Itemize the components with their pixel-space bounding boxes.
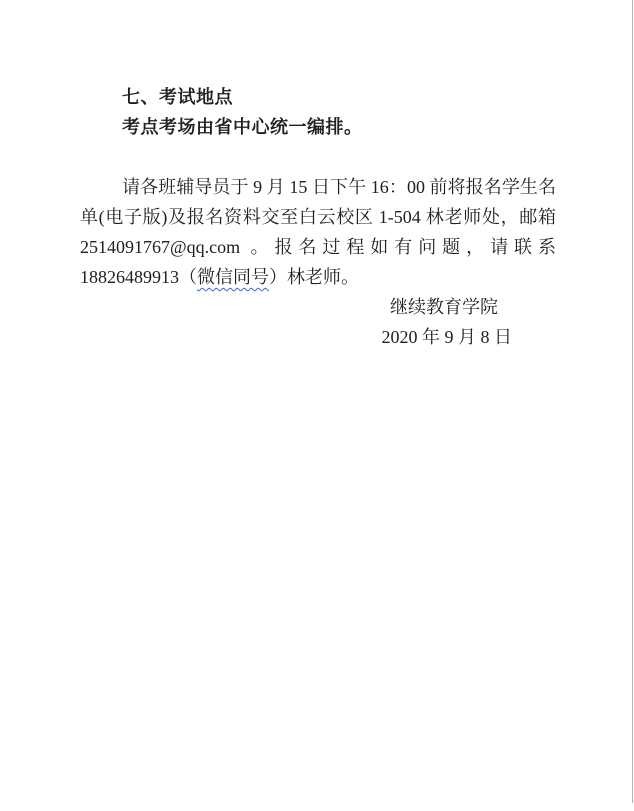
paragraph-line-1: 请各班辅导员于 9 月 15 日下午 16：00 前将报名学生名 — [80, 172, 556, 202]
contact-name-text: ）林老师。 — [269, 267, 359, 287]
page-right-edge-line — [632, 0, 634, 803]
signature-date: 2020 年 9 月 8 日 — [80, 322, 556, 352]
blank-line — [80, 142, 556, 172]
phone-number-text: 18826489913（ — [80, 267, 197, 287]
wechat-note-spellcheck-text: 微信同号 — [197, 267, 269, 287]
signature-organization: 继续教育学院 — [80, 292, 556, 322]
section-body-line: 考点考场由省中心统一编排。 — [80, 112, 556, 142]
paragraph-line-4: 18826489913（微信同号）林老师。 — [80, 262, 556, 292]
paragraph-line-2: 单(电子版)及报名资料交至白云校区 1-504 林老师处，邮箱 — [80, 202, 556, 232]
document-text-block: 七、考试地点 考点考场由省中心统一编排。 请各班辅导员于 9 月 15 日下午 … — [80, 82, 556, 352]
document-page: 七、考试地点 考点考场由省中心统一编排。 请各班辅导员于 9 月 15 日下午 … — [0, 0, 634, 811]
paragraph-line-3: 2514091767@qq.com 。报名过程如有问题，请联系 — [80, 232, 556, 262]
section-heading: 七、考试地点 — [80, 82, 556, 112]
